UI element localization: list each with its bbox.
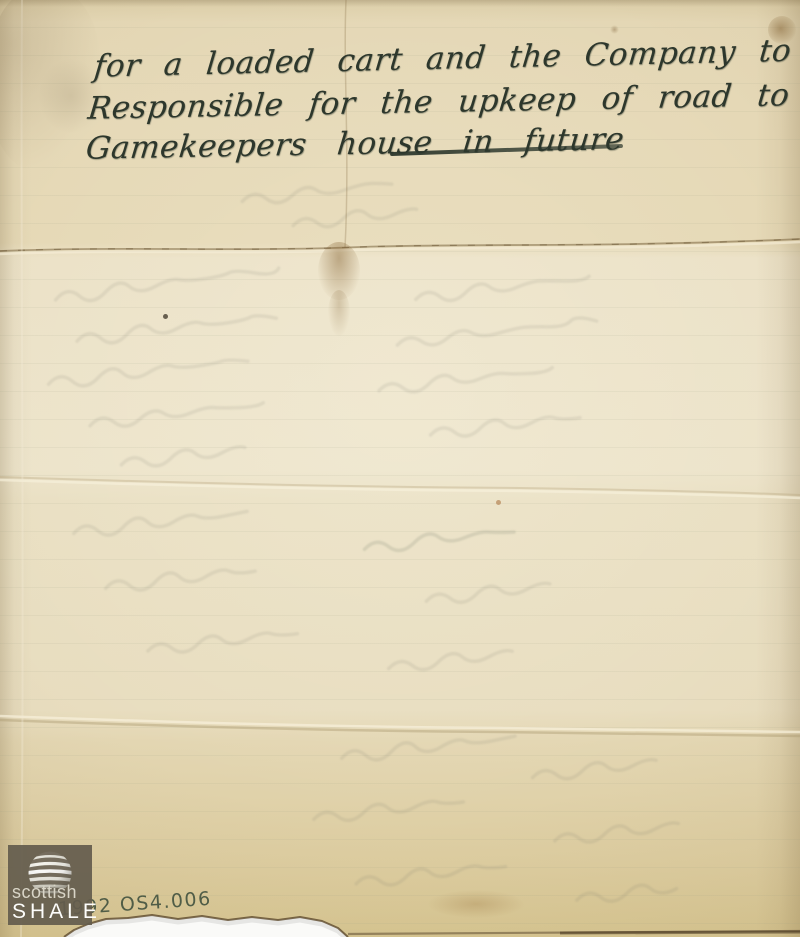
watermark-name-bottom: SHALE: [12, 900, 101, 924]
torn-edge: [0, 0, 800, 937]
scanned-document: for a loaded cart and the Company to be …: [0, 0, 800, 937]
watermark-box: scottish SHALE: [8, 845, 92, 925]
